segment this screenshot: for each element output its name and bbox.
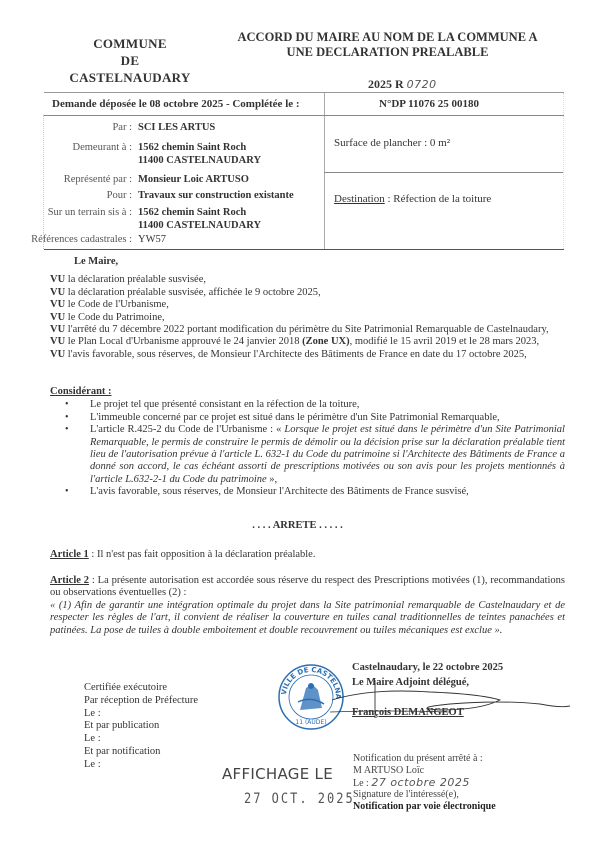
considerant-item: L'immeuble concerné par ce projet est si… bbox=[90, 412, 565, 424]
place-date: Castelnaudary, le 22 octobre 2025 bbox=[352, 660, 503, 675]
cert-line: Par réception de Préfecture bbox=[84, 695, 198, 708]
title-line: UNE DECLARATION PREALABLE bbox=[215, 45, 560, 60]
vu-item: VU le Code de l'Urbanisme, bbox=[50, 299, 565, 311]
row-label: Par : bbox=[112, 122, 132, 135]
cert-line: Certifiée exécutoire bbox=[84, 682, 198, 695]
row-value: 11400 CASTELNAUDARY bbox=[138, 220, 261, 233]
considerant-heading: Considérant : bbox=[50, 386, 565, 398]
svg-text:11 (AUDE): 11 (AUDE) bbox=[295, 719, 326, 726]
vu-item: VU le Plan Local d'Urbanisme approuvé le… bbox=[50, 336, 565, 348]
cert-line: Et par notification bbox=[84, 746, 198, 759]
row-value: 1562 chemin Saint Roch bbox=[138, 207, 246, 220]
vu-item: VU la déclaration préalable susvisée, bbox=[50, 274, 565, 286]
handwritten-date: 27 octobre 2025 bbox=[371, 776, 470, 789]
row-value: YW57 bbox=[138, 234, 166, 247]
notification-method: Notification par voie électronique bbox=[353, 801, 496, 813]
row-label: Représenté par : bbox=[64, 174, 132, 187]
destination-value: : Réfection de la toiture bbox=[385, 193, 492, 205]
notification-block: Notification du présent arrêté à : M ART… bbox=[353, 753, 496, 813]
handwritten-signature-icon bbox=[330, 680, 580, 730]
affichage-stamp-label: AFFICHAGE LE bbox=[222, 765, 333, 783]
reference-handwritten: 0720 bbox=[407, 78, 437, 91]
notification-line: Signature de l'intéressé(e), bbox=[353, 789, 496, 801]
considerant-item: Le projet tel que présenté consistant en… bbox=[90, 399, 565, 411]
cert-line: Le : bbox=[84, 708, 198, 721]
article-1: Article 1 : Il n'est pas fait opposition… bbox=[50, 549, 565, 561]
destination: Destination : Réfection de la toiture bbox=[334, 193, 504, 206]
dp-number: N°DP 11076 25 00180 bbox=[379, 98, 479, 110]
article-2: Article 2 : La présente autorisation est… bbox=[50, 575, 565, 637]
vu-section: Le Maire, VU la déclaration préalable su… bbox=[50, 256, 565, 361]
vu-item: VU l'avis favorable, sous réserves, de M… bbox=[50, 349, 565, 361]
document-title: ACCORD DU MAIRE AU NOM DE LA COMMUNE A U… bbox=[215, 30, 560, 60]
title-line: ACCORD DU MAIRE AU NOM DE LA COMMUNE A bbox=[215, 30, 560, 45]
arrete-heading: . . . . ARRETE . . . . . bbox=[0, 520, 595, 531]
arrete-reference: 2025 R 0720 bbox=[368, 77, 437, 92]
article-1-label: Article 1 bbox=[50, 549, 89, 560]
vu-item: VU la déclaration préalable susvisée, af… bbox=[50, 287, 565, 299]
row-value: 1562 chemin Saint Roch bbox=[138, 142, 246, 155]
demande-date: Demande déposée le 08 octobre 2025 - Com… bbox=[52, 98, 300, 110]
row-label: Références cadastrales : bbox=[31, 234, 132, 247]
cert-line: Et par publication bbox=[84, 720, 198, 733]
row-label: Sur un terrain sis à : bbox=[48, 207, 132, 220]
cert-line: Le : bbox=[84, 759, 198, 772]
row-value: 11400 CASTELNAUDARY bbox=[138, 155, 261, 168]
notification-date: Le : 27 octobre 2025 bbox=[353, 777, 496, 790]
affichage-stamp-date: 27 OCT. 2025 bbox=[244, 790, 355, 807]
row-value: Monsieur Loic ARTUSO bbox=[138, 174, 249, 187]
considerant-section: Considérant : Le projet tel que présenté… bbox=[50, 386, 565, 499]
certification-block: Certifiée exécutoire Par réception de Pr… bbox=[84, 682, 198, 772]
considerant-item: L'article R.425-2 du Code de l'Urbanisme… bbox=[90, 424, 565, 486]
commune-line: COMMUNE bbox=[60, 35, 200, 52]
row-label: Demeurant à : bbox=[73, 142, 132, 155]
commune-line: DE bbox=[60, 52, 200, 69]
considerant-item: L'avis favorable, sous réserves, de Mons… bbox=[90, 486, 565, 498]
row-value: Travaux sur construction existante bbox=[138, 190, 294, 203]
le-maire: Le Maire, bbox=[50, 256, 565, 268]
row-value: SCI LES ARTUS bbox=[138, 122, 215, 135]
vu-item: VU le Code du Patrimoine, bbox=[50, 312, 565, 324]
surface-plancher: Surface de plancher : 0 m² bbox=[334, 137, 450, 150]
article-1-text: : Il n'est pas fait opposition à la décl… bbox=[89, 549, 316, 560]
commune-header: COMMUNE DE CASTELNAUDARY bbox=[60, 35, 200, 86]
article-2-label: Article 2 bbox=[50, 575, 89, 586]
commune-line: CASTELNAUDARY bbox=[60, 69, 200, 86]
reference-printed: 2025 R bbox=[368, 77, 404, 91]
destination-label: Destination bbox=[334, 193, 385, 205]
notification-line: Notification du présent arrêté à : bbox=[353, 753, 496, 765]
request-info-table: Demande déposée le 08 octobre 2025 - Com… bbox=[44, 92, 564, 250]
article-2-text: : La présente autorisation est accordée … bbox=[50, 575, 565, 598]
cert-line: Le : bbox=[84, 733, 198, 746]
vu-item: VU l'arrêté du 7 décembre 2022 portant m… bbox=[50, 324, 565, 336]
row-label: Pour : bbox=[107, 190, 132, 203]
article-2-prescription: « (1) Afin de garantir une intégration o… bbox=[50, 600, 565, 637]
